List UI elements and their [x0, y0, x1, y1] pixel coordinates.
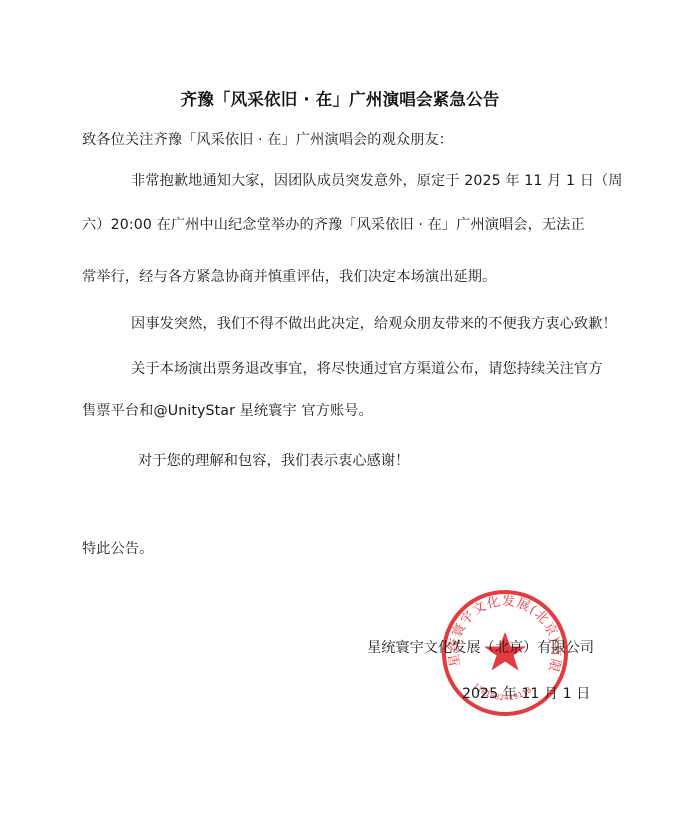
paragraph-3-line-1: 关于本场演出票务退改事宜，将尽快通过官方渠道公布，请您持续关注官方	[131, 358, 603, 378]
closing-text: 特此公告。	[82, 538, 153, 558]
paragraph-1-line-3: 常举行，经与各方紧急协商并慎重评估，我们决定本场演出延期。	[82, 266, 496, 286]
document-title: 齐豫「风采依旧 · 在」广州演唱会紧急公告	[0, 86, 680, 110]
signature-company: 星统寰宇文化发展（北京）有限公司	[367, 637, 594, 657]
paragraph-1-line-1: 非常抱歉地通知大家，因团队成员突发意外，原定于 2025 年 11 月 1 日（…	[131, 170, 623, 190]
paragraph-2-line-1: 因事发突然，我们不得不做出此决定，给观众朋友带来的不便我方衷心致歉！	[131, 313, 617, 333]
paragraph-4-line-1: 对于您的理解和包容，我们表示衷心感谢！	[138, 450, 409, 470]
paragraph-1-line-2: 六）20:00 在广州中山纪念堂举办的齐豫「风采依旧 · 在」广州演唱会，无法正	[82, 214, 585, 234]
signature-date: 2025 年 11 月 1 日	[462, 683, 590, 703]
announcement-page: 齐豫「风采依旧 · 在」广州演唱会紧急公告 致各位关注齐豫「风采依旧 · 在」广…	[0, 0, 680, 819]
salutation: 致各位关注齐豫「风采依旧 · 在」广州演唱会的观众朋友：	[82, 129, 453, 149]
paragraph-3-line-2: 售票平台和@UnityStar 星统寰宇 官方账号。	[82, 400, 373, 420]
